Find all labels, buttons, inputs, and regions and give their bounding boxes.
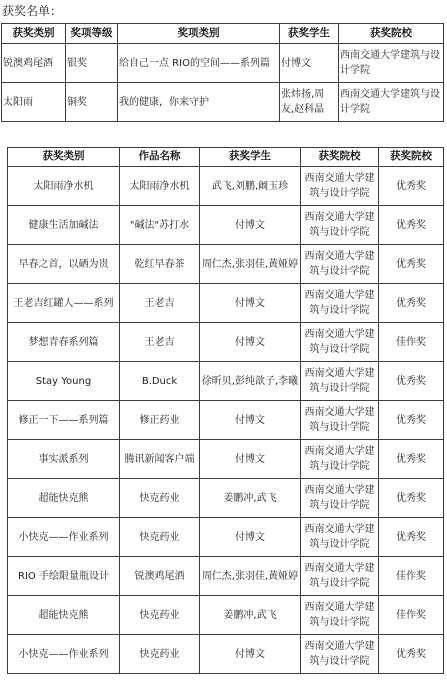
table-cell: 快克药业 — [120, 596, 200, 635]
table-row: RIO 手绘限量瓶设计锐澳鸡尾酒周仁杰,张羽佳,黄娅婷西南交通大学建筑与设计学院… — [8, 557, 444, 596]
table-cell: 锐澳鸡尾酒 — [2, 44, 66, 83]
table-cell: 太阳雨净水机 — [8, 167, 120, 206]
table-cell: 王老吉 — [120, 284, 200, 323]
table-cell: 佳作奖 — [379, 596, 444, 635]
table-cell: 银奖 — [66, 44, 118, 83]
table-cell: 武飞,刘鹏,阚玉珍 — [200, 167, 301, 206]
table-cell: 西南交通大学建筑与设计学院 — [301, 596, 379, 635]
table-cell: 徐昕贝,彭纯歆子,李曦 — [200, 362, 301, 401]
table-cell: 西南交通大学建筑与设计学院 — [301, 323, 379, 362]
table-cell: 梦想青春系列篇 — [8, 323, 120, 362]
table-cell: 优秀奖 — [379, 440, 444, 479]
table-cell: 付博文 — [200, 635, 301, 674]
table-cell: 快克药业 — [120, 479, 200, 518]
table-cell: 西南交通大学建筑与设计学院 — [301, 362, 379, 401]
table-cell: 小快克——作业系列 — [8, 518, 120, 557]
table-cell: 付博文 — [200, 401, 301, 440]
table-cell: 西南交通大学建筑与设计学院 — [301, 479, 379, 518]
table-cell: 西南交通大学建筑与设计学院 — [301, 206, 379, 245]
table-cell: 姜鹏冲,武飞 — [200, 479, 301, 518]
header-row: 获奖类别奖项等级奖项类别获奖学生获奖院校 — [2, 24, 444, 44]
header-cell: 获奖院校 — [301, 148, 379, 167]
table-cell: 太阳雨净水机 — [120, 167, 200, 206]
table-cell: 付博文 — [200, 518, 301, 557]
table-cell: 付博文 — [200, 440, 301, 479]
table-cell: 佳作奖 — [379, 323, 444, 362]
page-title: 获奖名单： — [2, 2, 62, 19]
table-cell: 优秀奖 — [379, 401, 444, 440]
table-cell: 优秀奖 — [379, 479, 444, 518]
table-cell: 佳作奖 — [379, 557, 444, 596]
table-cell: "碱法"苏打水 — [120, 206, 200, 245]
table-cell: 超能快克熊 — [8, 479, 120, 518]
table-cell: 早春之首，以硒为贵 — [8, 245, 120, 284]
table-row: 超能快克熊快克药业姜鹏冲,武飞西南交通大学建筑与设计学院优秀奖 — [8, 479, 444, 518]
table-cell: 王老吉红罐人——系列 — [8, 284, 120, 323]
table-cell: 西南交通大学建筑与设计学院 — [301, 284, 379, 323]
awards-summary-table: 获奖类别奖项等级奖项类别获奖学生获奖院校锐澳鸡尾酒银奖给自己一点 RIO的空间—… — [1, 23, 444, 122]
table-row: 太阳雨铜奖我的健康，你来守护张炜扬,周友,赵科晶西南交通大学建筑与设计学院 — [2, 83, 444, 122]
table-row: 小快克——作业系列快克药业付博文西南交通大学建筑与设计学院优秀奖 — [8, 635, 444, 674]
table-row: 修正一下——系列篇修正药业付博文西南交通大学建筑与设计学院优秀奖 — [8, 401, 444, 440]
header-row: 获奖类别作品名称获奖学生获奖院校获奖院校 — [8, 148, 444, 167]
table-row: 健康生活加碱法"碱法"苏打水付博文西南交通大学建筑与设计学院优秀奖 — [8, 206, 444, 245]
table-cell: 西南交通大学建筑与设计学院 — [301, 557, 379, 596]
table-cell: 乾红早春茶 — [120, 245, 200, 284]
table-cell: 锐澳鸡尾酒 — [120, 557, 200, 596]
table-cell: 健康生活加碱法 — [8, 206, 120, 245]
header-cell: 作品名称 — [120, 148, 200, 167]
table-cell: 付博文 — [200, 284, 301, 323]
table-cell: 事实派系列 — [8, 440, 120, 479]
header-cell: 获奖学生 — [200, 148, 301, 167]
table-cell: 优秀奖 — [379, 362, 444, 401]
table-row: 太阳雨净水机太阳雨净水机武飞,刘鹏,阚玉珍西南交通大学建筑与设计学院优秀奖 — [8, 167, 444, 206]
table-row: 事实派系列腾讯新闻客户端付博文西南交通大学建筑与设计学院优秀奖 — [8, 440, 444, 479]
table-row: 早春之首，以硒为贵乾红早春茶周仁杰,张羽佳,黄娅婷西南交通大学建筑与设计学院优秀… — [8, 245, 444, 284]
table-cell: 张炜扬,周友,赵科晶 — [280, 83, 339, 122]
table-row: Stay YoungB.Duck徐昕贝,彭纯歆子,李曦西南交通大学建筑与设计学院… — [8, 362, 444, 401]
table-cell: 修正一下——系列篇 — [8, 401, 120, 440]
table-cell: 优秀奖 — [379, 635, 444, 674]
header-cell: 获奖类别 — [2, 24, 66, 44]
table-cell: 快克药业 — [120, 635, 200, 674]
table-cell: 西南交通大学建筑与设计学院 — [339, 83, 444, 122]
table-cell: 快克药业 — [120, 518, 200, 557]
table-cell: 超能快克熊 — [8, 596, 120, 635]
table-cell: 西南交通大学建筑与设计学院 — [301, 167, 379, 206]
table-cell: 西南交通大学建筑与设计学院 — [301, 440, 379, 479]
table-cell: B.Duck — [120, 362, 200, 401]
table-row: 王老吉红罐人——系列王老吉付博文西南交通大学建筑与设计学院优秀奖 — [8, 284, 444, 323]
table-cell: 修正药业 — [120, 401, 200, 440]
header-cell: 奖项类别 — [118, 24, 280, 44]
table-cell: 给自己一点 RIO的空间——系列篇 — [118, 44, 280, 83]
table-cell: 西南交通大学建筑与设计学院 — [301, 245, 379, 284]
table-cell: 小快克——作业系列 — [8, 635, 120, 674]
table-row: 梦想青春系列篇王老吉付博文西南交通大学建筑与设计学院佳作奖 — [8, 323, 444, 362]
table-cell: 优秀奖 — [379, 167, 444, 206]
table-cell: 西南交通大学建筑与设计学院 — [339, 44, 444, 83]
table-cell: 太阳雨 — [2, 83, 66, 122]
table-cell: 周仁杰,张羽佳,黄娅婷 — [200, 557, 301, 596]
table-cell: 优秀奖 — [379, 206, 444, 245]
header-cell: 获奖学生 — [280, 24, 339, 44]
table-cell: 姜鹏冲,武飞 — [200, 596, 301, 635]
table-row: 超能快克熊快克药业姜鹏冲,武飞西南交通大学建筑与设计学院佳作奖 — [8, 596, 444, 635]
table-row: 小快克——作业系列快克药业付博文西南交通大学建筑与设计学院优秀奖 — [8, 518, 444, 557]
table-cell: 付博文 — [200, 206, 301, 245]
table-row: 锐澳鸡尾酒银奖给自己一点 RIO的空间——系列篇付博文西南交通大学建筑与设计学院 — [2, 44, 444, 83]
table-cell: 优秀奖 — [379, 284, 444, 323]
table-cell: 西南交通大学建筑与设计学院 — [301, 518, 379, 557]
awards-detail-table: 获奖类别作品名称获奖学生获奖院校获奖院校太阳雨净水机太阳雨净水机武飞,刘鹏,阚玉… — [7, 147, 444, 674]
header-cell: 获奖类别 — [8, 148, 120, 167]
table-cell: 付博文 — [200, 323, 301, 362]
table-cell: 付博文 — [280, 44, 339, 83]
table-cell: 西南交通大学建筑与设计学院 — [301, 635, 379, 674]
table-cell: 西南交通大学建筑与设计学院 — [301, 401, 379, 440]
header-cell: 获奖院校 — [339, 24, 444, 44]
table-cell: 铜奖 — [66, 83, 118, 122]
header-cell: 获奖院校 — [379, 148, 444, 167]
table-cell: 腾讯新闻客户端 — [120, 440, 200, 479]
header-cell: 奖项等级 — [66, 24, 118, 44]
table-cell: 我的健康，你来守护 — [118, 83, 280, 122]
table-cell: 周仁杰,张羽佳,黄娅婷 — [200, 245, 301, 284]
table-cell: 王老吉 — [120, 323, 200, 362]
table-cell: Stay Young — [8, 362, 120, 401]
table-cell: RIO 手绘限量瓶设计 — [8, 557, 120, 596]
table-cell: 优秀奖 — [379, 245, 444, 284]
table-cell: 优秀奖 — [379, 518, 444, 557]
